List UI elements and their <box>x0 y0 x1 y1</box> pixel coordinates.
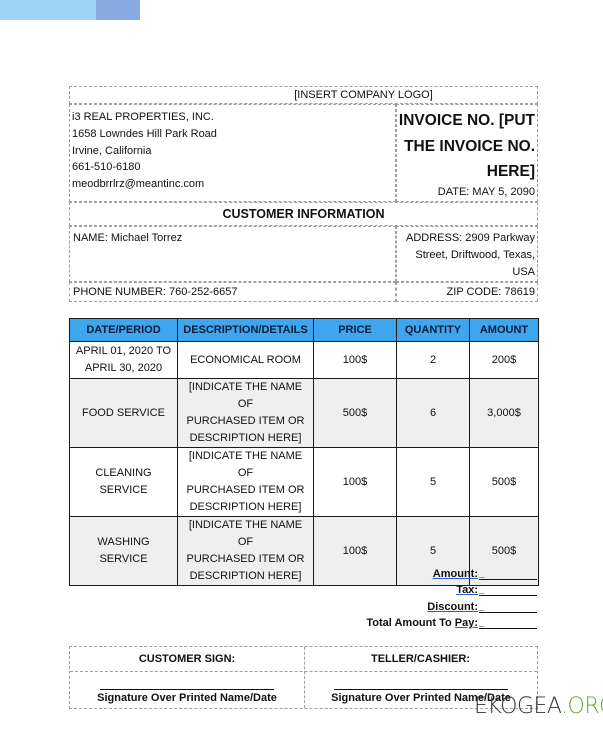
signature-section: CUSTOMER SIGN: TELLER/CASHIER: Signature… <box>69 646 538 709</box>
table-header-row: DATE/PERIOD DESCRIPTION/DETAILS PRICE QU… <box>70 319 539 342</box>
table-row: FOOD SERVICE [INDICATE THE NAME OFPURCHA… <box>70 379 539 448</box>
company-email: meodbrrlrz@meantinc.com <box>72 176 393 193</box>
total-row: Total Amount To Pay: _ <box>297 613 537 630</box>
cell-price: 100$ <box>314 342 397 379</box>
customer-info-heading: CUSTOMER INFORMATION <box>69 202 538 226</box>
cell-description: [INDICATE THE NAME OFPURCHASED ITEM ORDE… <box>178 448 314 517</box>
customer-signature-caption: Signature Over Printed Name/Date <box>70 690 304 706</box>
column-header-price: PRICE <box>314 319 397 342</box>
watermark-logo: EKOGEA.ORG <box>474 694 603 719</box>
invoice-number-title: INVOICE NO. [PUT THE INVOICE NO. HERE] <box>397 108 535 185</box>
total-field[interactable]: _ <box>479 616 537 629</box>
blank-marker: _ <box>479 584 485 595</box>
cell-line: [INDICATE THE NAME OF <box>181 517 310 551</box>
customer-phone-text: PHONE NUMBER: 760-252-6657 <box>73 286 237 298</box>
amount-label: Amount: <box>433 568 478 580</box>
blank-marker: _ <box>479 617 485 628</box>
cell-line: [INDICATE THE NAME OF <box>181 448 310 482</box>
cell-description: [INDICATE THE NAME OFPURCHASED ITEM ORDE… <box>178 517 314 586</box>
customer-heading-text: CUSTOMER INFORMATION <box>222 207 384 221</box>
invoice-info: INVOICE NO. [PUT THE INVOICE NO. HERE] D… <box>396 104 538 202</box>
cell-date: APRIL 01, 2020 TOAPRIL 30, 2020 <box>70 342 178 379</box>
column-header-amount: AMOUNT <box>470 319 539 342</box>
cell-line: DESCRIPTION HERE] <box>181 430 310 447</box>
total-label-prefix: Total Amount To <box>366 617 454 629</box>
table-row: APRIL 01, 2020 TOAPRIL 30, 2020 ECONOMIC… <box>70 342 539 379</box>
company-logo-placeholder: [INSERT COMPANY LOGO] <box>69 86 538 104</box>
cell-date: CLEANING SERVICE <box>70 448 178 517</box>
cell-line: DESCRIPTION HERE] <box>181 568 310 585</box>
cell-line: APRIL 01, 2020 TO <box>73 343 174 360</box>
amount-row: Amount: _ <box>297 563 537 580</box>
teller-cashier-heading: TELLER/CASHIER: <box>304 647 537 672</box>
invoice-title-line: THE INVOICE NO. <box>397 134 535 160</box>
cell-amount: 200$ <box>470 342 539 379</box>
items-table: DATE/PERIOD DESCRIPTION/DETAILS PRICE QU… <box>69 318 539 586</box>
customer-sign-heading: CUSTOMER SIGN: <box>70 647 304 672</box>
address-line: ADDRESS: 2909 Parkway <box>397 230 535 247</box>
tax-row: Tax: _ <box>297 580 537 597</box>
blank-marker: _ <box>479 568 485 579</box>
cell-date: FOOD SERVICE <box>70 379 178 448</box>
column-header-quantity: QUANTITY <box>397 319 470 342</box>
company-street: 1658 Lowndes Hill Park Road <box>72 126 393 143</box>
cell-line: [INDICATE THE NAME OF <box>181 379 310 413</box>
tab-light-blue[interactable] <box>0 0 96 20</box>
address-line: Street, Driftwood, Texas, <box>397 247 535 264</box>
column-header-date: DATE/PERIOD <box>70 319 178 342</box>
customer-zip-text: ZIP CODE: 78619 <box>447 286 535 298</box>
customer-name-text: NAME: Michael Torrez <box>73 232 182 244</box>
cell-description: [INDICATE THE NAME OFPURCHASED ITEM ORDE… <box>178 379 314 448</box>
invoice-date: DATE: MAY 5, 2090 <box>397 184 535 200</box>
cell-line: ECONOMICAL ROOM <box>181 352 310 369</box>
customer-phone: PHONE NUMBER: 760-252-6657 <box>69 282 396 302</box>
discount-label: Discount: <box>427 601 478 613</box>
cell-date: WASHING SERVICE <box>70 517 178 586</box>
column-header-description: DESCRIPTION/DETAILS <box>178 319 314 342</box>
watermark-suffix: .ORG <box>561 694 603 719</box>
blank-marker: _ <box>479 601 485 612</box>
tax-label: Tax: <box>456 584 478 596</box>
cell-line: APRIL 30, 2020 <box>73 360 174 377</box>
address-line: USA <box>397 264 535 281</box>
logo-placeholder-text: [INSERT COMPANY LOGO] <box>294 89 433 101</box>
cell-line: DESCRIPTION HERE] <box>181 499 310 516</box>
cell-price: 500$ <box>314 379 397 448</box>
cell-line: PURCHASED ITEM OR <box>181 482 310 499</box>
invoice-title-line: INVOICE NO. [PUT <box>397 108 535 134</box>
tab-blue[interactable] <box>96 0 140 20</box>
table-row: CLEANING SERVICE [INDICATE THE NAME OFPU… <box>70 448 539 517</box>
cell-description: ECONOMICAL ROOM <box>178 342 314 379</box>
cell-line: PURCHASED ITEM OR <box>181 551 310 568</box>
company-name: i3 REAL PROPERTIES, INC. <box>72 109 393 126</box>
cell-amount: 3,000$ <box>470 379 539 448</box>
cell-quantity: 6 <box>397 379 470 448</box>
discount-field[interactable]: _ <box>479 600 537 613</box>
invoice-title-line: HERE] <box>397 159 535 185</box>
company-city: Irvine, California <box>72 143 393 160</box>
signature-header-divider <box>70 671 537 672</box>
customer-address: ADDRESS: 2909 Parkway Street, Driftwood,… <box>396 226 538 282</box>
cell-quantity: 2 <box>397 342 470 379</box>
cell-quantity: 5 <box>397 448 470 517</box>
cell-amount: 500$ <box>470 448 539 517</box>
cell-price: 100$ <box>314 448 397 517</box>
total-label: Pay: <box>455 617 478 629</box>
company-info: i3 REAL PROPERTIES, INC. 1658 Lowndes Hi… <box>69 104 396 202</box>
amount-field[interactable]: _ <box>479 567 537 580</box>
cell-line: PURCHASED ITEM OR <box>181 413 310 430</box>
discount-row: Discount: _ <box>297 596 537 613</box>
customer-name: NAME: Michael Torrez <box>69 226 396 282</box>
customer-zip: ZIP CODE: 78619 <box>396 282 538 302</box>
company-phone: 661-510-6180 <box>72 159 393 176</box>
watermark-main: EKOGEA <box>474 694 561 719</box>
tax-field[interactable]: _ <box>479 583 537 596</box>
totals-section: Amount: _ Tax: _ Discount: _ Total Amoun… <box>297 563 537 629</box>
